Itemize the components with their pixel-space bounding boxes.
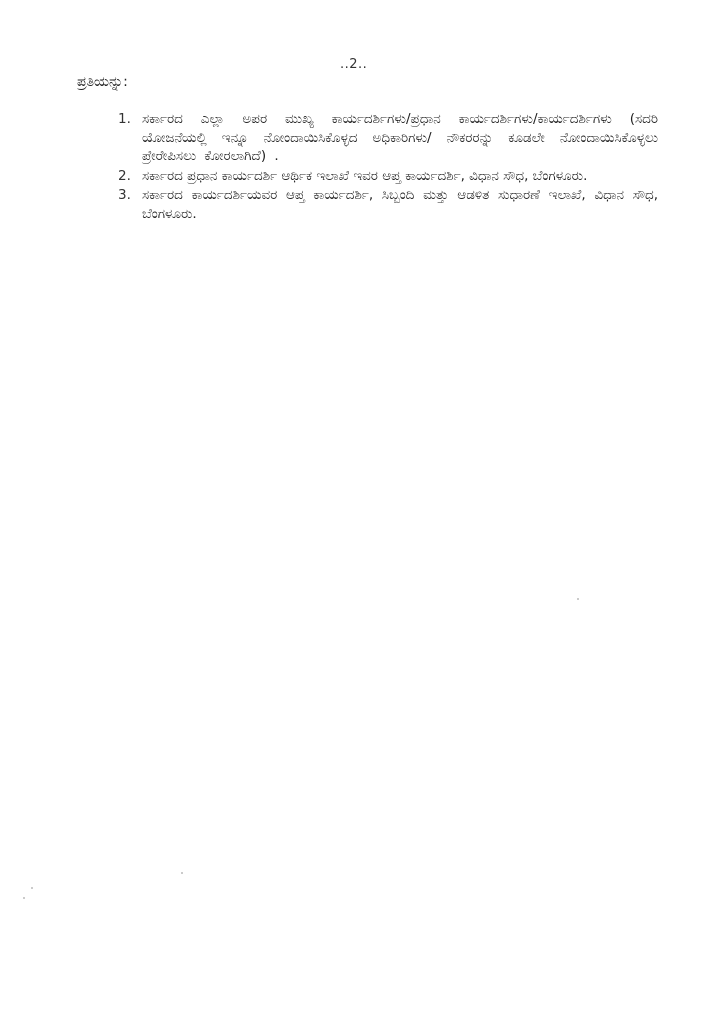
recipient-text: ಸರ್ಕಾರದ ಕಾರ್ಯದರ್ಶಿಯವರ ಆಪ್ತ ಕಾರ್ಯದರ್ಶಿ, ಸ… <box>142 186 658 223</box>
recipient-item: 1. ಸರ್ಕಾರದ ಎಲ್ಲಾ ಅಪರ ಮುಖ್ಯ ಕಾರ್ಯದರ್ಶಿಗಳು… <box>112 110 658 166</box>
scan-speck <box>31 887 33 889</box>
recipient-item: 2. ಸರ್ಕಾರದ ಪ್ರಧಾನ ಕಾರ್ಯದರ್ಶಿ ಆರ್ಥಿಕ ಇಲಾಖ… <box>112 167 658 186</box>
recipient-text: ಸರ್ಕಾರದ ಎಲ್ಲಾ ಅಪರ ಮುಖ್ಯ ಕಾರ್ಯದರ್ಶಿಗಳು/ಪ್… <box>142 110 658 166</box>
page-number: ..2.. <box>340 57 367 72</box>
scan-speck <box>577 598 579 600</box>
scan-speck <box>181 872 183 874</box>
recipient-item: 3. ಸರ್ಕಾರದ ಕಾರ್ಯದರ್ಶಿಯವರ ಆಪ್ತ ಕಾರ್ಯದರ್ಶಿ… <box>112 186 658 223</box>
copy-to-heading: ಪ್ರತಿಯನ್ನು: <box>77 74 128 90</box>
scan-speck <box>23 897 25 899</box>
recipient-list: 1. ಸರ್ಕಾರದ ಎಲ್ಲಾ ಅಪರ ಮುಖ್ಯ ಕಾರ್ಯದರ್ಶಿಗಳು… <box>112 110 658 224</box>
document-page: ..2.. ಪ್ರತಿಯನ್ನು: 1. ಸರ್ಕಾರದ ಎಲ್ಲಾ ಅಪರ ಮ… <box>0 0 724 1024</box>
recipient-text: ಸರ್ಕಾರದ ಪ್ರಧಾನ ಕಾರ್ಯದರ್ಶಿ ಆರ್ಥಿಕ ಇಲಾಖೆ ಇ… <box>142 167 658 186</box>
recipient-number: 1. <box>118 110 131 129</box>
recipient-number: 3. <box>118 186 131 205</box>
recipient-number: 2. <box>118 167 131 186</box>
